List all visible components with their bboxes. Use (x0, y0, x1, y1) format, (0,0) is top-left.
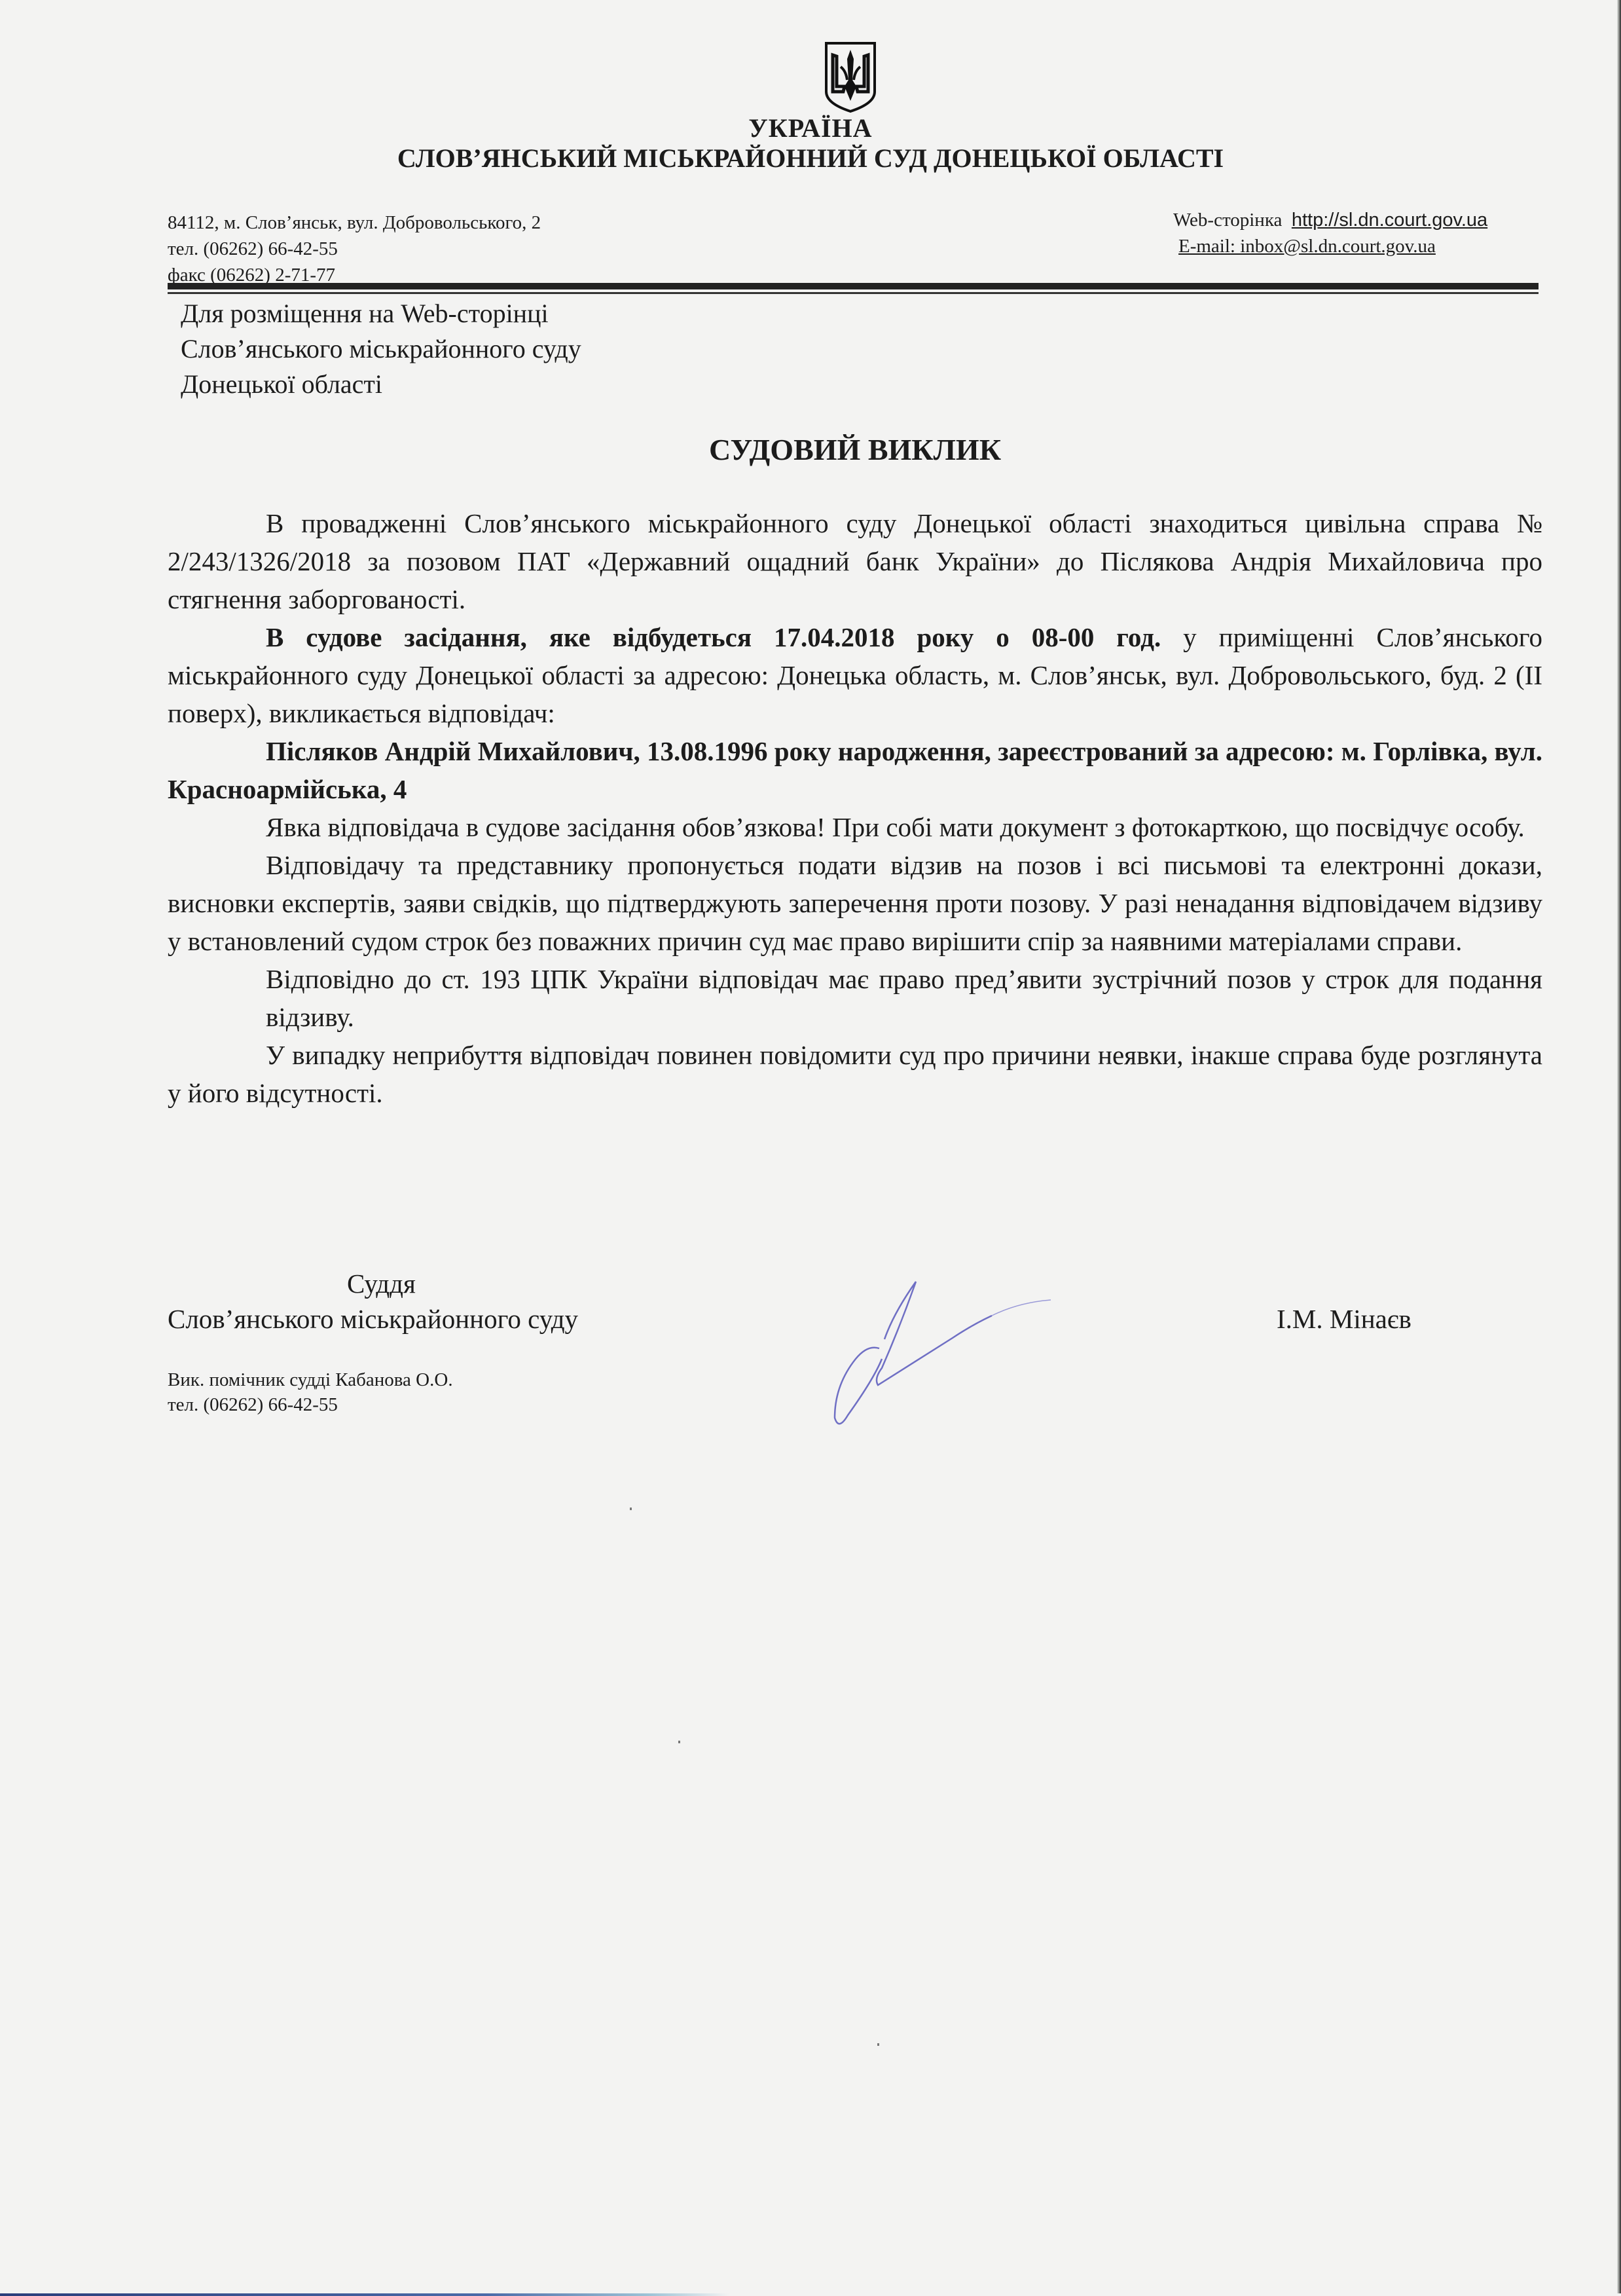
paragraph-case-info: В провадженні Слов’янського міськрайонно… (168, 504, 1542, 618)
paragraph-defendant: Післяков Андрій Михайлович, 13.08.1996 р… (168, 732, 1542, 808)
court-online-contacts: Web-сторінка http://sl.dn.court.gov.ua E… (1173, 207, 1487, 259)
assistant-name: Вик. помічник судді Кабанова О.О. (168, 1367, 453, 1392)
email-link[interactable]: E-mail: inbox@sl.dn.court.gov.ua (1178, 236, 1436, 257)
placement-note: Для розміщення на Web-сторінці Слов’янсь… (181, 296, 581, 402)
assistant-phone: тел. (06262) 66-42-55 (168, 1392, 453, 1417)
tryzub-coat-of-arms-icon (824, 41, 877, 114)
court-address: 84112, м. Слов’янськ, вул. Добровольсько… (168, 210, 541, 236)
paragraph-absence: У випадку неприбуття відповідач повинен … (168, 1036, 1542, 1112)
court-name-heading: СЛОВ’ЯНСЬКИЙ МІСЬКРАЙОННИЙ СУД ДОНЕЦЬКОЇ… (0, 143, 1621, 174)
judge-title: Суддя (347, 1268, 416, 1299)
document-body: В провадженні Слов’янського міськрайонно… (168, 504, 1542, 1112)
assistant-info: Вик. помічник судді Кабанова О.О. тел. (… (168, 1367, 453, 1417)
paragraph-response: Відповідачу та представнику пропонується… (168, 846, 1542, 960)
handwritten-signature-icon (822, 1267, 1136, 1431)
placement-note-line: Для розміщення на Web-сторінці (181, 296, 581, 331)
scan-speck (630, 1508, 632, 1510)
hearing-date-bold: В судове засідання, яке відбудеться 17.0… (266, 622, 1161, 652)
scan-speck (225, 1098, 227, 1100)
placement-note-line: Донецької області (181, 367, 581, 402)
scan-edge-bottom (0, 2293, 1621, 2296)
document-title: СУДОВИЙ ВИКЛИК (0, 432, 1621, 467)
judge-name: І.М. Мінаєв (1277, 1303, 1412, 1335)
paragraph-hearing: В судове засідання, яке відбудеться 17.0… (168, 618, 1542, 732)
judge-court: Слов’янського міськрайонного суду (168, 1303, 578, 1335)
paragraph-counterclaim: Відповідно до ст. 193 ЦПК України відпов… (168, 960, 1542, 1036)
scan-edge-right (1617, 0, 1621, 2296)
header-divider-thin (168, 292, 1539, 294)
scan-speck (678, 1741, 680, 1743)
placement-note-line: Слов’янського міськрайонного суду (181, 331, 581, 367)
court-phone: тел. (06262) 66-42-55 (168, 236, 541, 262)
defendant-details: Післяков Андрій Михайлович, 13.08.1996 р… (168, 736, 1542, 804)
scan-speck (877, 2043, 879, 2046)
country-heading: УКРАЇНА (0, 113, 1621, 143)
web-label: Web-сторінка (1173, 210, 1282, 231)
website-link[interactable]: http://sl.dn.court.gov.ua (1292, 210, 1487, 231)
court-contacts: 84112, м. Слов’янськ, вул. Добровольсько… (168, 210, 541, 288)
paragraph-attendance: Явка відповідача в судове засідання обов… (168, 808, 1542, 846)
header-divider-thick (168, 283, 1539, 289)
